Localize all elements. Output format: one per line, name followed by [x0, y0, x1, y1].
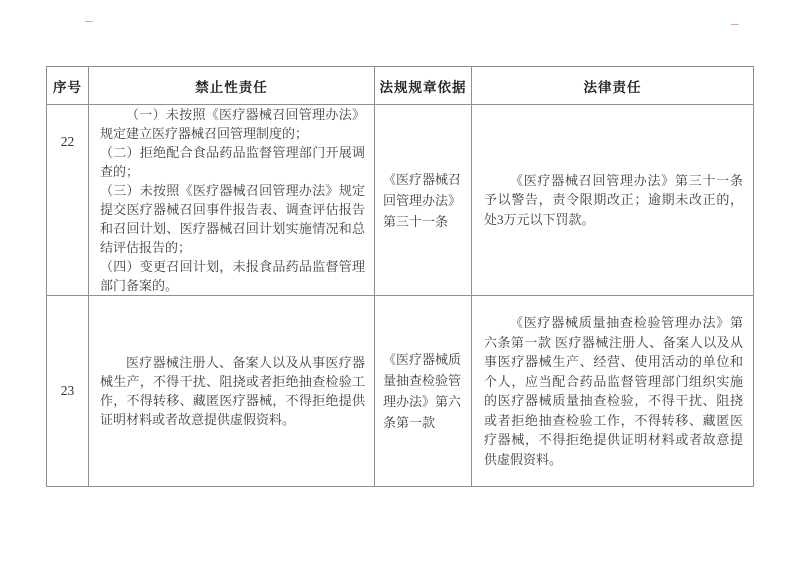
cell-serial-23: 23	[47, 296, 89, 487]
table-header-row: 序号 禁止性责任 法规规章依据 法律责任	[47, 67, 754, 105]
col-header-prohibition: 禁止性责任	[89, 67, 375, 105]
serial-number: 22	[47, 134, 88, 150]
basis-text: 《医疗器械召回管理办法》第三十一条	[375, 169, 471, 232]
serial-number: 23	[47, 383, 88, 399]
cell-prohibition-23: 医疗器械注册人、备案人以及从事医疗器械生产，不得干扰、阻挠或者拒绝抽查检验工作，…	[89, 296, 375, 487]
regulation-liability-table: 序号 禁止性责任 法规规章依据 法律责任 22 （一）未按照《医疗器械召回管理办…	[46, 66, 754, 487]
prohibition-item-3: （三）未按照《医疗器械召回管理办法》规定提交医疗器械召回事件报告表、调查评估报告…	[100, 181, 365, 257]
red-scan-artifact-left: ᠆᠆	[85, 19, 92, 28]
prohibition-item-1: 医疗器械注册人、备案人以及从事医疗器械生产，不得干扰、阻挠或者拒绝抽查检验工作，…	[100, 353, 365, 429]
table-row-23: 23 医疗器械注册人、备案人以及从事医疗器械生产，不得干扰、阻挠或者拒绝抽查检验…	[47, 296, 754, 487]
cell-basis-22: 《医疗器械召回管理办法》第三十一条	[375, 105, 472, 296]
red-scan-artifact-right: ᠆᠆	[731, 22, 738, 31]
cell-basis-23: 《医疗器械质量抽查检验管理办法》第六条第一款	[375, 296, 472, 487]
prohibition-item-4: （四）变更召回计划，未报食品药品监督管理部门备案的。	[100, 257, 365, 295]
cell-liability-22: 《医疗器械召回管理办法》第三十一条 予以警告，责令限期改正；逾期未改正的，处3万…	[472, 105, 754, 296]
liability-text: 《医疗器械质量抽查检验管理办法》第六条第一款 医疗器械注册人、备案人以及从事医疗…	[484, 313, 743, 469]
cell-prohibition-22: （一）未按照《医疗器械召回管理办法》规定建立医疗器械召回管理制度的； （二）拒绝…	[89, 105, 375, 296]
col-header-basis: 法规规章依据	[375, 67, 472, 105]
scanned-document-page: ᠆᠆ ᠆᠆ 序号 禁止性责任 法规规章依据 法律责任 22 （一）未按照《医疗器…	[0, 0, 800, 565]
cell-liability-23: 《医疗器械质量抽查检验管理办法》第六条第一款 医疗器械注册人、备案人以及从事医疗…	[472, 296, 754, 487]
prohibition-item-2: （二）拒绝配合食品药品监督管理部门开展调查的；	[100, 143, 365, 181]
cell-serial-22: 22	[47, 105, 89, 296]
table-row-22: 22 （一）未按照《医疗器械召回管理办法》规定建立医疗器械召回管理制度的； （二…	[47, 105, 754, 296]
prohibition-item-1: （一）未按照《医疗器械召回管理办法》规定建立医疗器械召回管理制度的；	[100, 105, 365, 143]
col-header-liability: 法律责任	[472, 67, 754, 105]
basis-text: 《医疗器械质量抽查检验管理办法》第六条第一款	[375, 349, 471, 433]
liability-text: 《医疗器械召回管理办法》第三十一条 予以警告，责令限期改正；逾期未改正的，处3万…	[484, 171, 743, 230]
col-header-serial: 序号	[47, 67, 89, 105]
